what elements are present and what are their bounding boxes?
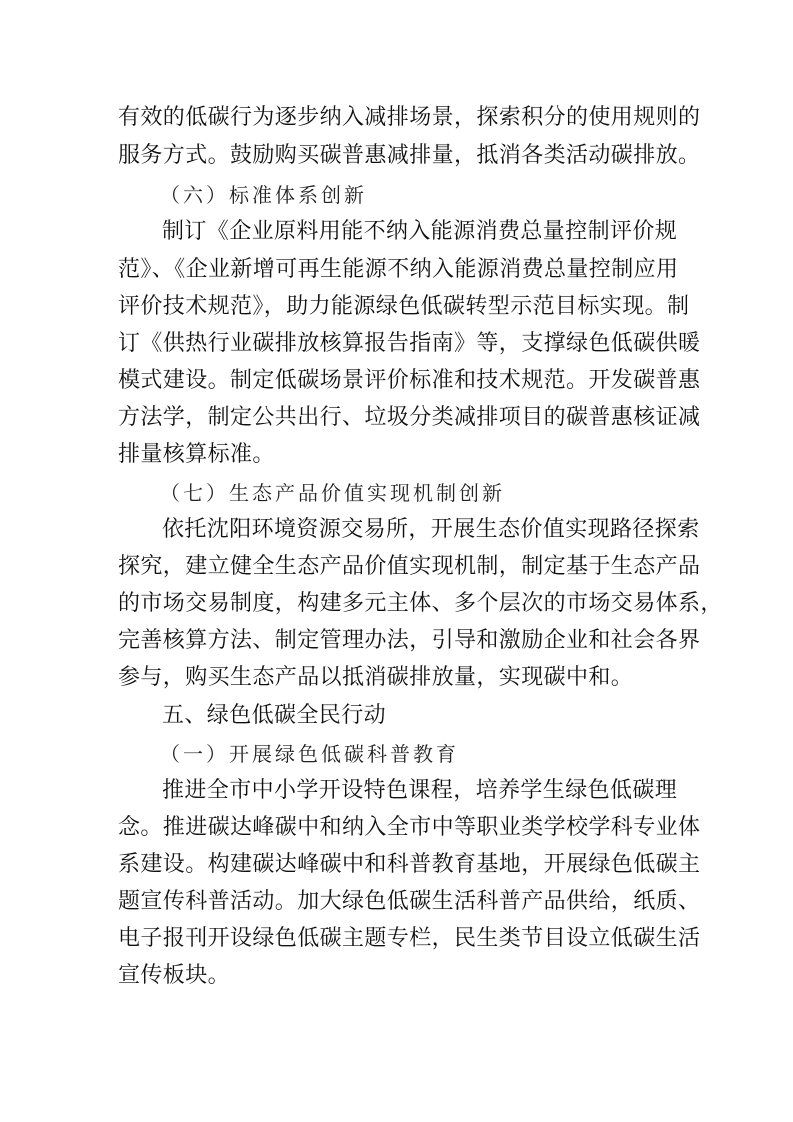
paragraph-line: 排量核算标准。 <box>118 441 678 469</box>
section-heading-5: 五、绿色低碳全民行动 <box>162 702 722 730</box>
paragraph-line: 依托沈阳环境资源交易所，开展生态价值实现路径探索 <box>162 516 722 544</box>
paragraph-line: 评价技术规范》，助力能源绿色低碳转型示范目标实现。制 <box>118 293 678 321</box>
paragraph-line: 范》、《企业新增可再生能源不纳入能源消费总量控制应用 <box>118 256 678 284</box>
paragraph-line: 念。推进碳达峰碳中和纳入全市中等职业类学校学科专业体 <box>118 814 678 842</box>
paragraph-line: 方法学，制定公共出行、垃圾分类减排项目的碳普惠核证减 <box>118 404 678 432</box>
paragraph-line: 服务方式。鼓励购买碳普惠减排量，抵消各类活动碳排放。 <box>118 142 678 170</box>
paragraph-line: 推进全市中小学开设特色课程，培养学生绿色低碳理 <box>162 777 722 805</box>
paragraph-line: 系建设。构建碳达峰碳中和科普教育基地，开展绿色低碳主 <box>118 851 678 879</box>
section-subheading-1: （一）开展绿色低碳科普教育 <box>160 740 720 768</box>
paragraph-line: 参与，购买生态产品以抵消碳排放量，实现碳中和。 <box>118 664 678 692</box>
paragraph-line: 的市场交易制度，构建多元主体、多个层次的市场交易体系， <box>118 590 678 618</box>
paragraph-line: 制订《企业原料用能不纳入能源消费总量控制评价规 <box>162 218 722 246</box>
paragraph-line: 宣传板块。 <box>118 962 678 990</box>
paragraph-line: 电子报刊开设绿色低碳主题专栏，民生类节目设立低碳生活 <box>118 925 678 953</box>
section-subheading-7: （七）生态产品价值实现机制创新 <box>160 479 720 507</box>
paragraph-line: 题宣传科普活动。加大绿色低碳生活科普产品供给，纸质、 <box>118 888 678 916</box>
paragraph-line: 有效的低碳行为逐步纳入减排场景，探索积分的使用规则的 <box>118 104 678 132</box>
paragraph-line: 模式建设。制定低碳场景评价标准和技术规范。开发碳普惠 <box>118 367 678 395</box>
section-subheading-6: （六）标准体系创新 <box>160 181 720 209</box>
document-page: 有效的低碳行为逐步纳入减排场景，探索积分的使用规则的 服务方式。鼓励购买碳普惠减… <box>0 0 793 1122</box>
paragraph-line: 订《供热行业碳排放核算报告指南》等，支撑绿色低碳供暖 <box>118 330 678 358</box>
paragraph-line: 探究，建立健全生态产品价值实现机制，制定基于生态产品 <box>118 553 678 581</box>
paragraph-line: 完善核算方法、制定管理办法，引导和激励企业和社会各界 <box>118 627 678 655</box>
